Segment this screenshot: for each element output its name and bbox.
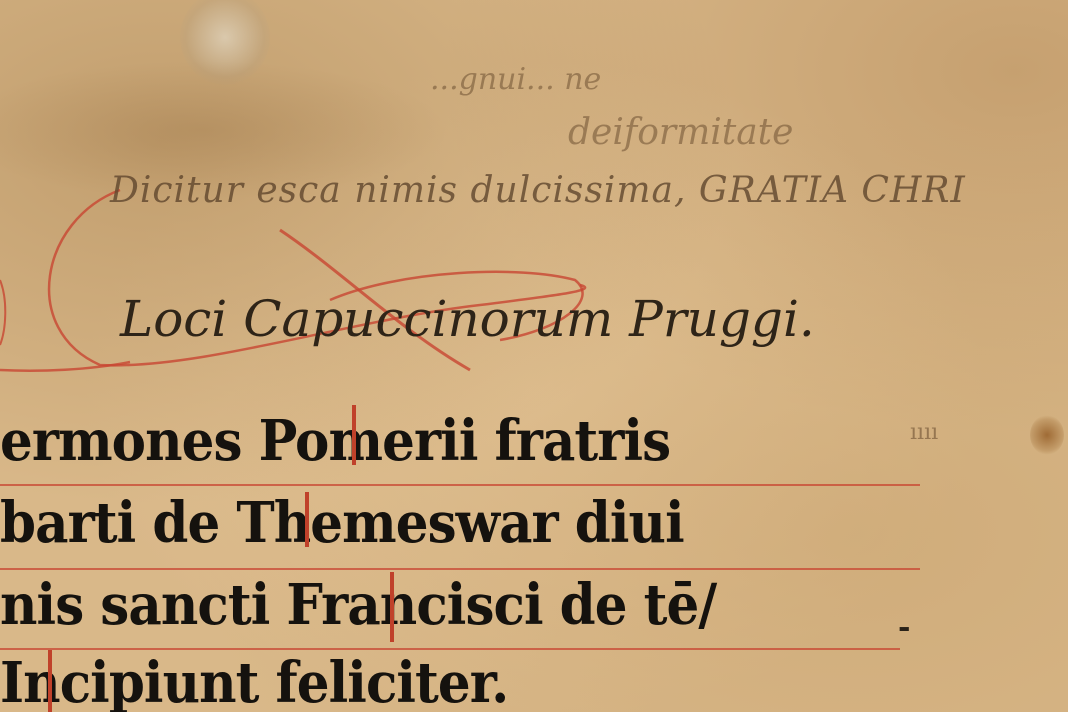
printed-title-line-3: nis sancti Francisci de tē/ — [0, 572, 716, 638]
printed-title-line-4: Incipiunt feliciter. — [0, 650, 508, 712]
margin-mark-top: ıııı — [910, 420, 938, 445]
manuscript-page: ...gnui... ne deiformitate Dicitur esca … — [0, 0, 1068, 712]
rubric-stroke-i — [48, 650, 52, 712]
red-rule-2 — [0, 568, 920, 570]
rubric-stroke-f — [390, 572, 394, 642]
ownership-inscription: Loci Capuccinorum Pruggi. — [120, 290, 815, 348]
printed-title-line-2: barti de Themeswar diui — [0, 490, 684, 556]
printed-title-line-1: ermones Pomerii fratris — [0, 408, 670, 474]
margin-mark-bottom: - — [898, 610, 910, 645]
rubric-stroke-p — [352, 405, 356, 465]
rubric-stroke-t — [305, 492, 309, 547]
red-rule-1 — [0, 484, 920, 486]
handwritten-faded-line-1: ...gnui... ne — [430, 62, 601, 97]
handwritten-motto-line: Dicitur esca nimis dulcissima, GRATIA CH… — [110, 170, 966, 211]
handwritten-faded-line-2: deiformitate — [568, 112, 793, 153]
